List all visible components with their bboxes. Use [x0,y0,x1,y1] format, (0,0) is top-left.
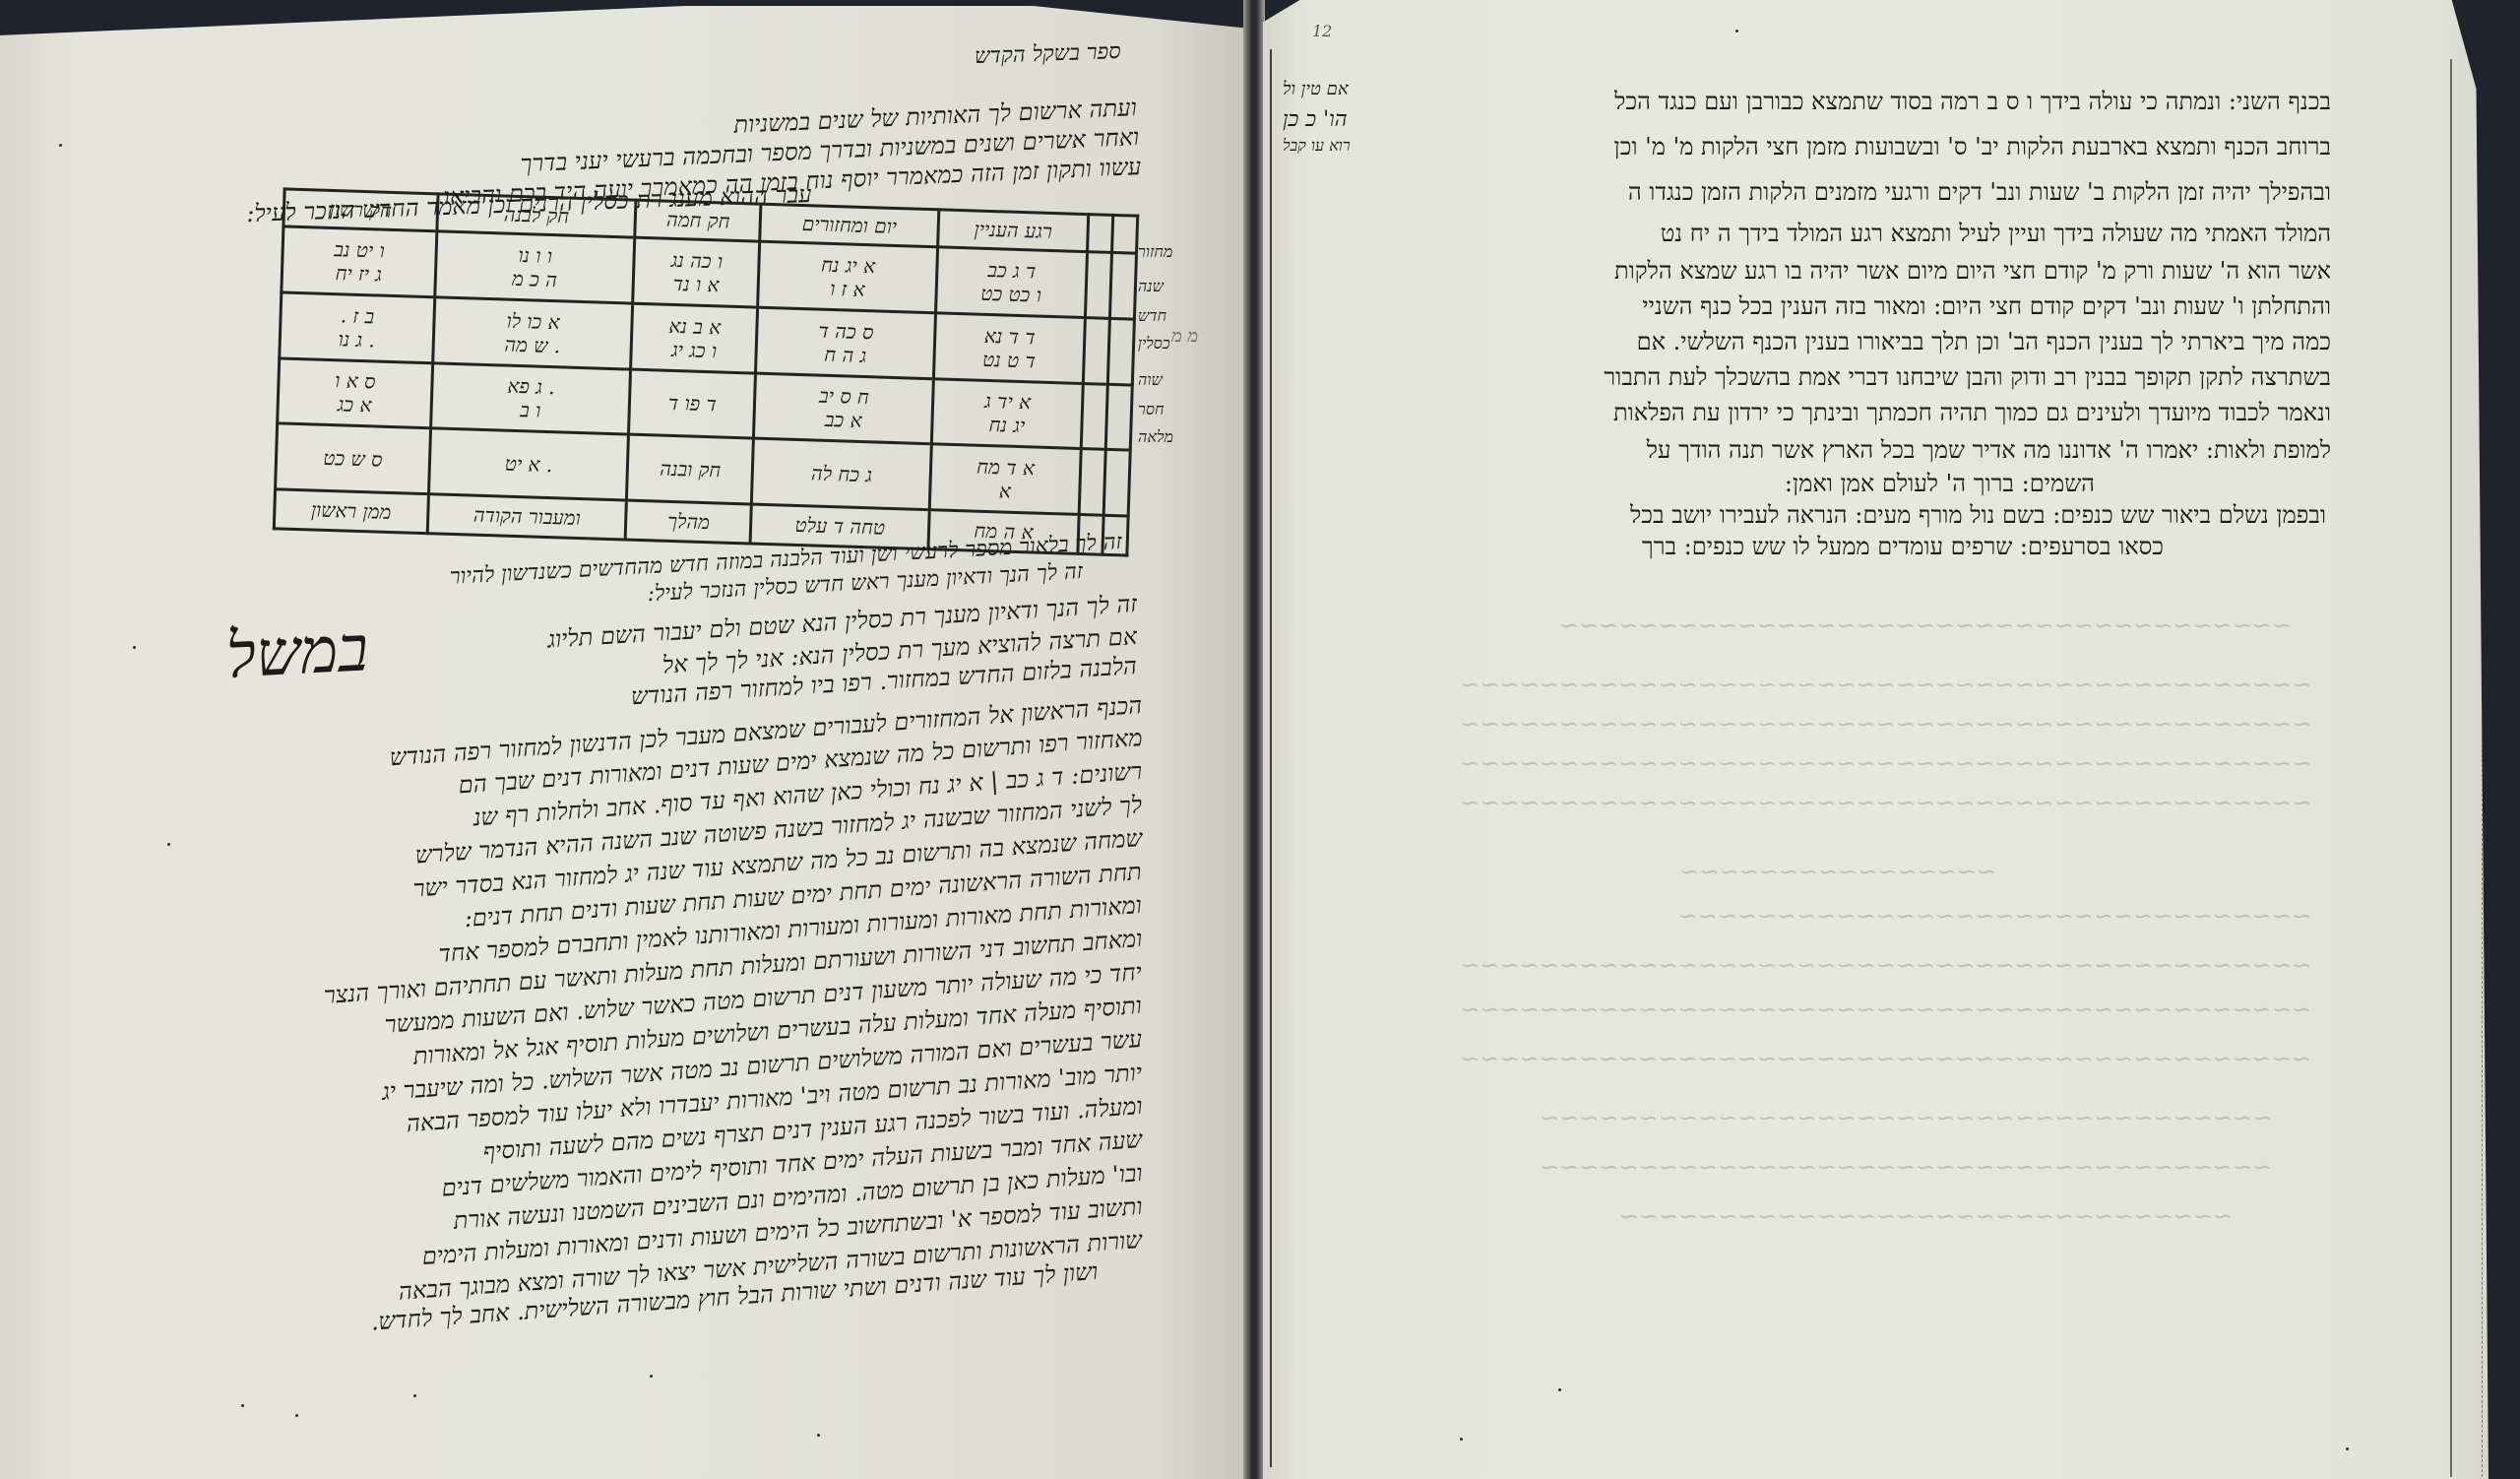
table-header: חק רשון [283,189,438,231]
body-line: והתחלתן ו' שעות ונב' דקים קודם חצי היום:… [1642,291,2331,321]
right-page: 12 אם טין ול הו' כ כן רוא עו קבל בכנף הש… [1263,0,2488,1479]
body-line: ובהפילך יהיה זמן הלקות ב' שעות ונב' דקים… [1628,177,2331,207]
section-title: במשל [224,612,370,692]
bleedthrough-text: ∼∼∼∼∼∼∼∼∼∼∼∼∼∼∼∼∼∼∼∼∼∼∼∼∼∼∼∼∼∼∼∼∼∼∼∼∼∼∼∼… [1460,670,2311,699]
table-header: יום ומחזורים [760,204,939,247]
row-label: מחזור [1138,242,1172,262]
bleedthrough-text: ∼∼∼∼∼∼∼∼∼∼∼∼∼∼∼∼∼∼∼∼∼∼∼∼∼∼∼∼∼∼∼∼∼∼∼∼∼∼∼∼… [1460,995,2311,1024]
closing-line: ובפמן נשלם ביאור שש כנפים: בשם נול מורף … [1630,500,2326,530]
margin-note: רוא עו קבל [1283,136,1351,156]
margin-note: הו' כ כן [1283,106,1348,132]
bleedthrough-text: ∼∼∼∼∼∼∼∼∼∼∼∼∼∼∼∼∼∼∼∼∼∼∼∼∼∼∼∼∼∼∼∼∼∼∼∼∼ [1540,1152,2272,1182]
calendar-table: רגע העניין יום ומחזורים חק חמה חק לבנה ח… [273,187,1140,556]
row-label: כסלין [1138,334,1170,354]
body-line: ברוחב הכנף ותמצא בארבעת הלקות יב' ס' ובש… [1614,132,2331,161]
margin-note: מ מ [1171,326,1198,347]
table-header: חק לבנה [437,194,637,237]
body-line: השמים: ברוך ה' לעולם אמן ואמן: [1785,469,2095,498]
bleedthrough-text: ∼∼∼∼∼∼∼∼∼∼∼∼∼∼∼∼∼∼∼∼∼∼∼∼∼∼∼∼∼∼∼∼ [1678,901,2312,931]
body-line: למופת ולאות: יאמרו ה' אדוננו מה אדיר שמך… [1647,435,2331,465]
margin-note: אם טין ול [1283,79,1349,99]
table-header: רגע העניין [938,210,1089,252]
bleedthrough-text: ∼∼∼∼∼∼∼∼∼∼∼∼∼∼∼∼∼∼∼∼∼∼∼∼∼∼∼∼∼∼∼∼∼∼∼∼∼∼∼∼… [1460,788,2311,817]
bleedthrough-text: ∼∼∼∼∼∼∼∼∼∼∼∼∼∼∼∼∼∼∼∼∼∼∼∼∼∼∼∼∼∼∼∼∼∼∼∼∼∼∼∼… [1460,1044,2311,1073]
body-line: אשר הוא ה' שעות ורק מ' קודם חצי היום מיו… [1614,256,2331,286]
body-line: ונאמר לכבוד מיועדך ולעינים גם כמוך תהיה … [1613,398,2331,427]
bleedthrough-text: ∼∼∼∼∼∼∼∼∼∼∼∼∼∼∼∼∼∼∼∼∼∼∼∼∼∼∼∼∼∼∼∼∼∼∼∼∼∼∼∼… [1460,748,2311,778]
row-label: מלאה [1138,427,1173,447]
body-line: המולד האמתי מה שעולה בידך ועיין לעיל ותמ… [1661,219,2331,248]
gutter-fold-line [1270,49,1272,1467]
body-line: כמה מיך ביארתי לך בענין הכנף הב' וכן תלך… [1637,327,2331,356]
row-label: שוה [1138,370,1163,390]
row-label: שנה [1138,277,1164,296]
bleedthrough-text: ∼∼∼∼∼∼∼∼∼∼∼∼∼∼∼∼∼∼∼∼∼∼∼∼∼∼∼∼∼∼∼∼∼∼∼∼∼∼∼∼… [1460,950,2311,980]
row-label: חסר [1138,400,1164,419]
left-page: ספר בשקל הקדש ועתה ארשום לך האותיות של ש… [0,6,1245,1479]
row-label: חדש [1138,306,1166,326]
bleedthrough-text: ∼∼∼∼∼∼∼∼∼∼∼∼∼∼∼∼∼∼∼∼∼∼∼∼∼∼∼∼∼∼∼∼∼∼∼∼∼∼∼∼… [1460,709,2311,739]
body-line: בשתרצה לתקן תקופך בבנין רב ודוק והבן שיב… [1604,362,2331,392]
body-line: בכנף השני: ונמתה כי עולה בידך ו ס ב רמה … [1614,87,2331,116]
folio-number: 12 [1312,22,1332,40]
book-gutter [1243,0,1265,1479]
bleedthrough-text: ∼∼∼∼∼∼∼∼∼∼∼∼∼∼∼∼ [1679,857,1996,886]
bleedthrough-text: ∼∼∼∼∼∼∼∼∼∼∼∼∼∼∼∼∼∼∼∼∼∼∼∼∼∼∼∼∼∼∼∼∼∼∼∼∼ [1540,1103,2272,1132]
bleedthrough-text: ∼∼∼∼∼∼∼∼∼∼∼∼∼∼∼∼∼∼∼∼∼∼∼∼∼∼∼∼∼∼∼∼∼∼∼∼∼ [1559,611,2292,640]
page-header: ספר בשקל הקדש [975,37,1122,72]
table-header: חק חמה [635,200,761,241]
page-edges [2450,59,2483,1477]
bleedthrough-text: ∼∼∼∼∼∼∼∼∼∼∼∼∼∼∼∼∼∼∼∼∼∼∼∼∼∼∼∼∼∼∼ [1619,1201,2233,1231]
closing-line: כסאו בסרעפים: שרפים עומדים ממעל לו שש כנ… [1642,532,2164,561]
